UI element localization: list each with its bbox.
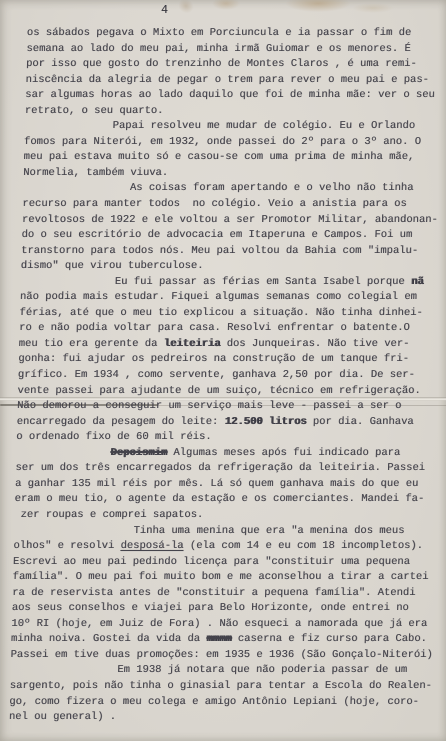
text-line: Papai resolveu me mudar de colégio. Eu e… (24, 119, 438, 135)
text-line: revoltosos de 1922 e ele voltou a ser Pr… (22, 213, 436, 229)
text-line: gonha: fui ajudar os pedreiros na constr… (18, 352, 432, 368)
text-line: dismo" que virou tuberculose. (20, 259, 434, 275)
text-line: Depoismim Algumas meses após fui indicad… (16, 446, 430, 462)
text-line: ro e não podia voltar para casa. Resolvi… (19, 321, 433, 337)
text-line: niscência da alegria de pegar o trem par… (25, 73, 439, 89)
text-line: Em 1938 já notara que não poderia passar… (10, 663, 424, 679)
page-number: 4 (161, 4, 168, 17)
text-line: go, como fizera o meu colega e amigo Ant… (9, 695, 423, 711)
text-line: eram o meu tio, o agente da estação e os… (14, 492, 428, 508)
text-line: Não demorou a conseguir um serviço mais … (17, 399, 431, 415)
text-line: família". O meu pai foi muito bom e me a… (12, 570, 426, 586)
paper-stain (352, 3, 394, 13)
text-line: 10º RI (hoje, em Juiz de Fora) . Não esq… (11, 617, 425, 633)
text-line: Passei em tive duas promoções: em 1935 e… (10, 648, 424, 664)
text-line: por isso que gosto do trenzinho de Monte… (26, 57, 440, 73)
text-line: férias, até que o meu tio explicou a sit… (19, 306, 433, 322)
text-line: o ordenado fixo de 60 mil réis. (16, 430, 430, 446)
text-line: do o seu escritório de advocacia em Itap… (21, 228, 435, 244)
text-line: a ganhar 135 mil réis por mês. Lá só que… (15, 477, 429, 493)
text-line: aos seus conselhos e viajei para Belo Ho… (12, 601, 426, 617)
text-line: nel ou general) . (9, 710, 423, 726)
text-line: Eu fui passar as férias em Santa Isabel … (20, 275, 434, 291)
text-line: zer roupas e comprei sapatos. (14, 508, 428, 524)
paper-stain (286, 0, 350, 12)
text-line: transtorno para todos nós. Meu pai volto… (21, 244, 435, 260)
text-line: sar algumas horas ao lado daquilo que fo… (25, 88, 439, 104)
typewritten-text: os sábados pegava o Mixto em Porciuncula… (9, 26, 441, 726)
text-line: Tinha uma menina que era "a menina dos m… (14, 524, 428, 540)
text-line: minha noiva. Gostei da vida da mmmm case… (11, 632, 425, 648)
text-line: Escrevi ao meu pai pedindo licença para … (13, 555, 427, 571)
text-line: encarregado da pesagem do leite: 12.500 … (16, 415, 430, 431)
text-line: grífico. Em 1934 , como servente, ganhav… (18, 368, 432, 384)
text-line: ra de reservista antes de "constituir a … (12, 586, 426, 602)
paper-stain (175, 0, 196, 16)
document-page: 4 os sábados pegava o Mixto em Porciuncu… (0, 0, 446, 741)
text-line: os sábados pegava o Mixto em Porciuncula… (27, 26, 441, 42)
text-line: sargento, pois não tinha o ginasial para… (9, 679, 423, 695)
text-line: meu pai estava muito só e casou-se com u… (23, 150, 437, 166)
text-line: olhos" e resolvi desposá-la (ela com 14 … (13, 539, 427, 555)
text-line: não podia mais estudar. Fiquei algumas s… (20, 290, 434, 306)
text-line: meu tio era gerente da leiteiria dos Jun… (18, 337, 432, 353)
text-line: retrato, o seu quarto. (25, 104, 439, 120)
text-line: semana ao lado do meu pai, minha irmã Gu… (26, 42, 440, 58)
text-line: fomos para Niterói, em 1932, onde passei… (24, 135, 438, 151)
paper-stain (212, 0, 240, 10)
text-line: recurso para manter todos no colégio. Ve… (22, 197, 436, 213)
text-line: Normelia, também viuva. (23, 166, 437, 182)
text-line: As coisas foram apertando e o velho não … (23, 181, 437, 197)
text-line: ser um dos três encarregados da refriger… (15, 461, 429, 477)
text-line: vente passei para ajudante de um suiço, … (17, 384, 431, 400)
